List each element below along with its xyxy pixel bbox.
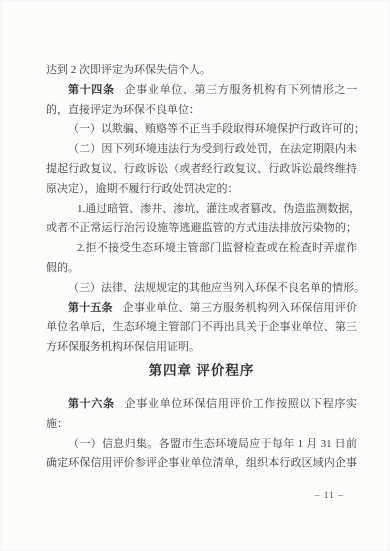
text-line: 确定环保信用评价参评企事业单位清单，组织本行政区域内企事 [46,454,357,474]
text-line: 原决定），逾期不履行行政处罚决定的： [46,180,357,200]
text-line: （一）以欺骗、贿赂等不正当手段取得环境保护行政许可的； [46,120,357,140]
text-line: （三）法律、法规规定的其他应当列入环保不良名单的情形。 [46,279,357,299]
line-text: （二）因下列环境违法行为受到行政处罚，在法定期限内未 [68,143,357,155]
text-line: 第十四条企事业单位、第三方服务机构有下列情形之一 [46,81,357,101]
text-line: 方环保服务机构环保信用证明。 [46,338,357,358]
line-text: （一）以欺骗、贿赂等不正当手段取得环境保护行政许可的； [68,123,365,135]
line-text: 确定环保信用评价参评企事业单位清单，组织本行政区域内企事 [46,457,357,469]
document-page: 达到 2 次即评定为环保失信个人。 第十四条企事业单位、第三方服务机构有下列情形… [0,0,390,551]
text-line: （一）信息归集。各盟市生态环境局应于每年 1 月 31 日前 [46,435,357,455]
article-number: 第十五条 [68,302,113,314]
text-line: 或者不正常运行治污设施等逃避监管的方式违法排放污染物的； [46,219,357,239]
text-line: 假的。 [46,259,357,279]
text-line: 达到 2 次即评定为环保失信个人。 [46,61,357,81]
line-text: 企事业单位、第三方服务机构有下列情形之一 [125,84,357,96]
line-text: （三）法律、法规规定的其他应当列入环保不良名单的情形。 [68,282,365,294]
page-number: – 11 – [315,491,344,501]
line-text: （一）信息归集。各盟市生态环境局应于每年 1 月 31 日前 [68,438,357,450]
line-text: 方环保服务机构环保信用证明。 [46,341,200,353]
article-number: 第十六条 [68,398,115,410]
line-text: 企事业单位环保信用评价工作按照以下程序实 [125,398,357,410]
text-line: 施： [46,415,357,435]
line-text: 单位名单后，生态环境主管部门不再出具关于企事业单位、第三 [46,321,357,333]
document-text-block: 达到 2 次即评定为环保失信个人。 第十四条企事业单位、第三方服务机构有下列情形… [46,61,357,474]
chapter-heading: 第四章 评价程序 [46,360,357,382]
text-line: （二）因下列环境违法行为受到行政处罚，在法定期限内未 [46,140,357,160]
line-text: 的，直接评定为环保不良单位： [46,104,200,116]
article-number: 第十四条 [68,84,115,96]
line-text: 提起行政复议、行政诉讼（或者经行政复议、行政诉讼最终维持 [46,163,357,175]
text-line: 1.通过暗管、渗井、渗坑、灌注或者篡改、伪造监测数据， [46,200,357,220]
text-line: 提起行政复议、行政诉讼（或者经行政复议、行政诉讼最终维持 [46,160,357,180]
line-text: 假的。 [46,262,79,274]
text-line: 单位名单后，生态环境主管部门不再出具关于企事业单位、第三 [46,318,357,338]
text-line: 第十六条企事业单位环保信用评价工作按照以下程序实 [46,395,357,415]
line-text: 2.拒不接受生态环境主管部门监督检查或在检查时弄虚作 [77,242,357,254]
line-text: 或者不正常运行治污设施等逃避监管的方式违法排放污染物的； [46,222,357,234]
line-text: 原决定），逾期不履行行政处罚决定的： [46,183,239,195]
text-line: 的，直接评定为环保不良单位： [46,101,357,121]
line-text: 达到 2 次即评定为环保失信个人。 [46,64,211,76]
line-text: 1.通过暗管、渗井、渗坑、灌注或者篡改、伪造监测数据， [77,203,360,215]
text-line: 2.拒不接受生态环境主管部门监督检查或在检查时弄虚作 [46,239,357,259]
line-text: 施： [46,418,68,430]
text-line: 第十五条企事业单位、第三方服务机构列入环保信用评价 [46,299,357,319]
line-text: 企事业单位、第三方服务机构列入环保信用评价 [123,302,357,314]
